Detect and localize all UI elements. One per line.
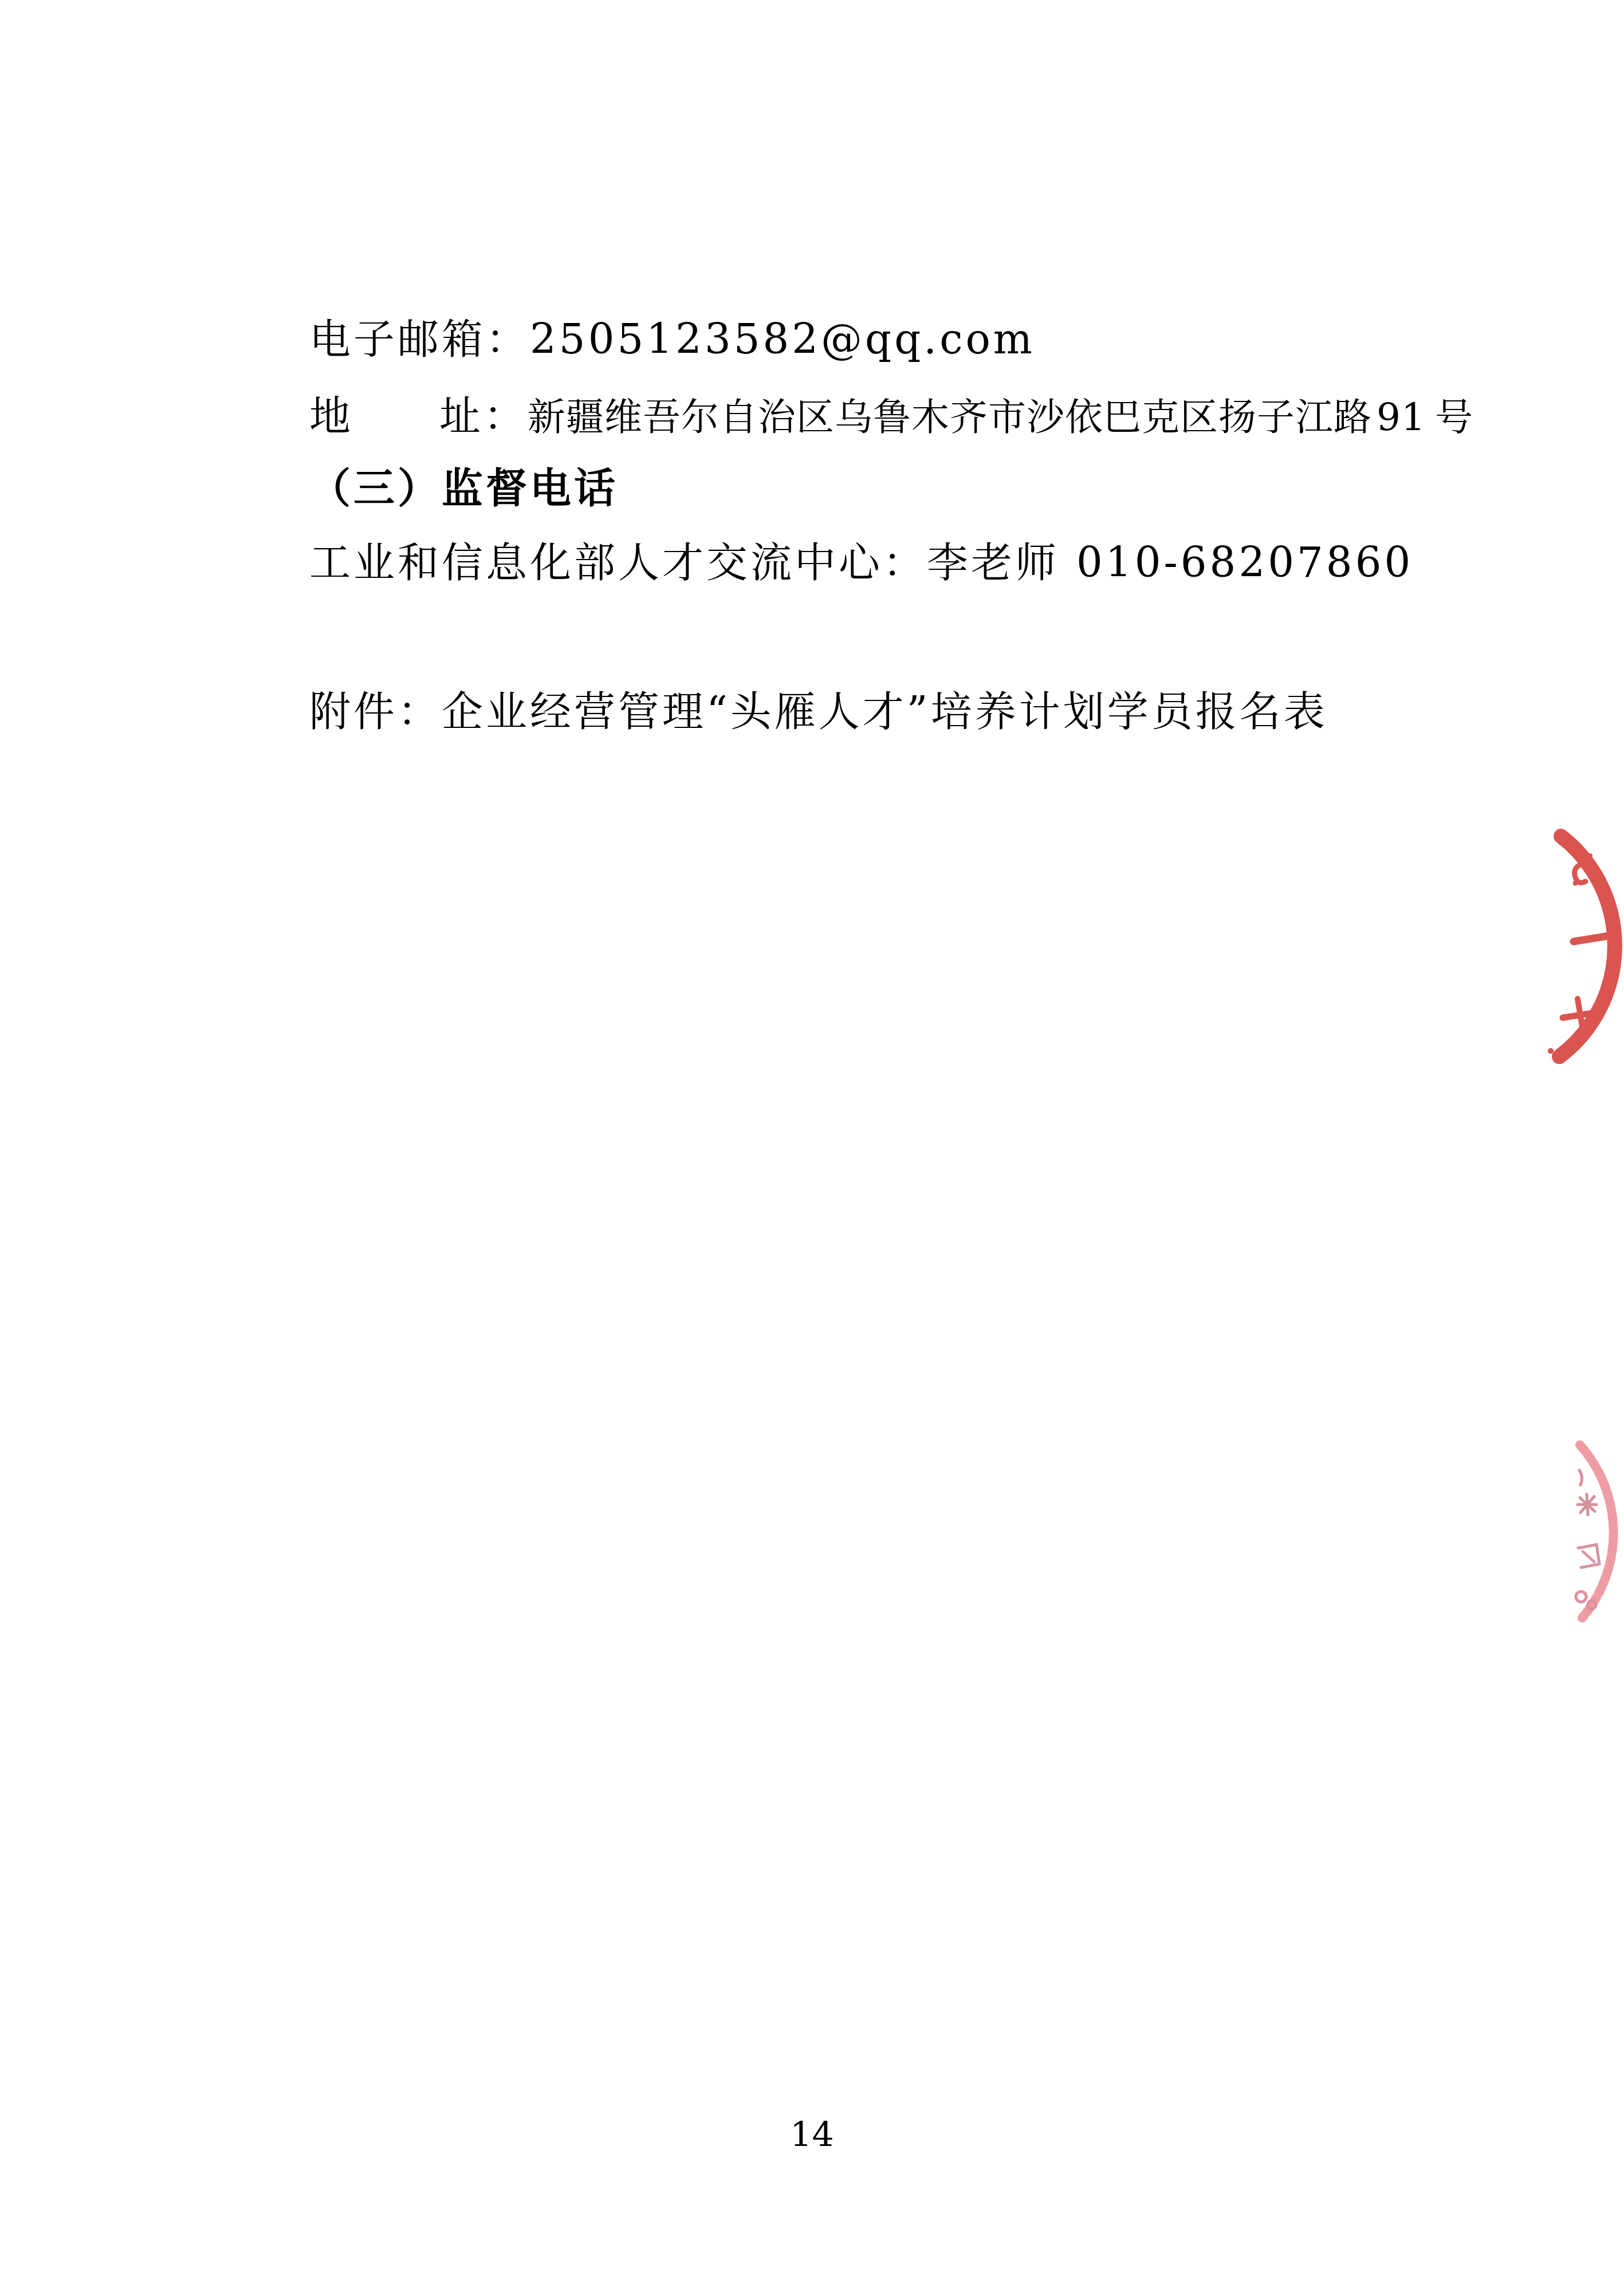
supervision-phone-number: 010-68207860: [1076, 538, 1413, 586]
address-line: 地址：新疆维吾尔自治区乌鲁木齐市沙依巴克区扬子江路91号: [309, 395, 1476, 436]
section-heading: （三）监督电话: [309, 467, 618, 509]
address-street-number: 91: [1377, 395, 1426, 439]
supervision-org: 工业和信息化部人才交流中心: [309, 538, 883, 586]
supervision-contact: 李老师: [927, 538, 1059, 586]
attachment-label: 附件: [309, 687, 398, 735]
email-colon: ：: [486, 315, 530, 363]
supervision-phone-line: 工业和信息化部人才交流中心：李老师010-68207860: [309, 542, 1413, 583]
attachment-title: 企业经营管理“头雁人才”培养计划学员报名表: [442, 687, 1328, 735]
email-value: 2505123582@qq.com: [530, 315, 1035, 363]
supervision-colon: ：: [883, 538, 927, 586]
official-seal-partial-top-icon: [1541, 819, 1624, 1094]
email-label: 电子邮箱: [309, 315, 486, 363]
address-unit: 号: [1435, 395, 1476, 439]
address-label-first: 地: [309, 392, 353, 440]
address-label-last: 址: [439, 392, 483, 440]
official-seal-partial-bottom-icon: [1570, 1435, 1624, 1627]
section-heading-text: （三）监督电话: [309, 463, 618, 512]
email-line: 电子邮箱：2505123582@qq.com: [309, 318, 1035, 360]
page-number: 14: [0, 2118, 1624, 2152]
document-page: 电子邮箱：2505123582@qq.com 地址：新疆维吾尔自治区乌鲁木齐市沙…: [0, 0, 1624, 2296]
attachment-line: 附件：企业经营管理“头雁人才”培养计划学员报名表: [309, 691, 1328, 732]
address-value: 新疆维吾尔自治区乌鲁木齐市沙依巴克区扬子江路: [528, 395, 1372, 439]
address-colon: ：: [483, 392, 528, 440]
attachment-colon: ：: [398, 687, 442, 735]
